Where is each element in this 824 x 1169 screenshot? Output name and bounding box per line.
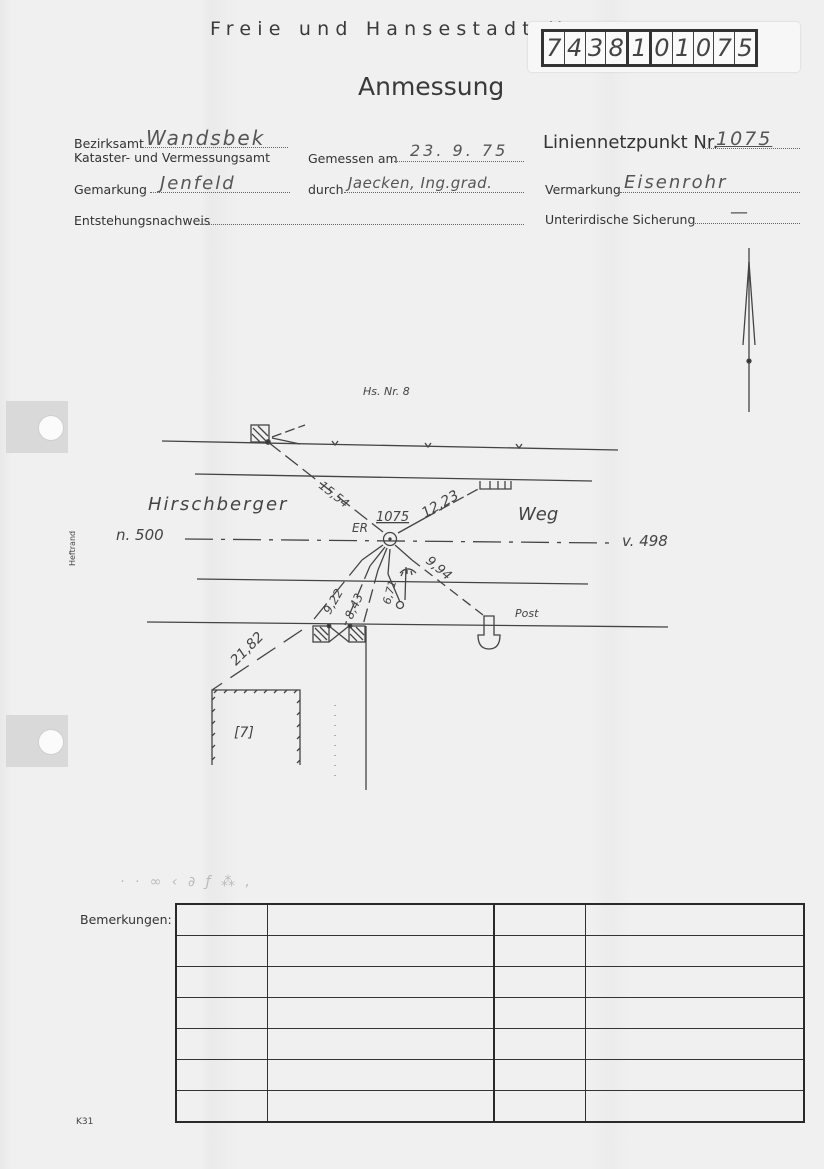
measurement-5: 8,43: [342, 591, 366, 621]
remarks-cell[interactable]: [494, 904, 586, 936]
measurement-2: 12,23: [419, 488, 462, 522]
form-code: K31: [76, 1117, 93, 1127]
remarks-cell[interactable]: [176, 904, 268, 936]
remarks-cell[interactable]: [586, 998, 805, 1029]
street-name-left: Hirschberger: [148, 494, 288, 515]
remarks-cell[interactable]: [176, 998, 268, 1029]
remarks-cell[interactable]: [586, 967, 805, 998]
remarks-cell[interactable]: [586, 1029, 805, 1060]
remarks-cell[interactable]: [268, 967, 495, 998]
remarks-cell[interactable]: [176, 936, 268, 967]
north-arrow-icon: [743, 248, 755, 412]
remarks-cell[interactable]: [268, 904, 495, 936]
measurement-3: 9,94: [422, 554, 454, 584]
point-left-ref: n. 500: [116, 526, 164, 544]
house-number: Hs. Nr. 8: [363, 385, 410, 398]
remarks-row: [176, 904, 804, 936]
remarks-cell[interactable]: [176, 1091, 268, 1123]
remarks-cell[interactable]: [176, 1060, 268, 1091]
remarks-row: [176, 1091, 804, 1123]
measurement-4: 6,71: [380, 579, 399, 606]
street-name-right: Weg: [518, 504, 558, 525]
remarks-cell[interactable]: [268, 1060, 495, 1091]
remarks-cell[interactable]: [586, 1060, 805, 1091]
remarks-cell[interactable]: [268, 1091, 495, 1123]
remarks-row: [176, 1029, 804, 1060]
remarks-cell[interactable]: [268, 998, 495, 1029]
remarks-cell[interactable]: [268, 1029, 495, 1060]
remarks-cell[interactable]: [494, 1029, 586, 1060]
faded-marks: · · ∞ ‹ ∂ ƒ ⁂ ‚: [120, 874, 253, 890]
remarks-cell[interactable]: [494, 936, 586, 967]
remarks-cell[interactable]: [494, 1060, 586, 1091]
remarks-row: [176, 1060, 804, 1091]
marker-label: ER: [352, 521, 368, 535]
point-right-ref: v. 498: [622, 532, 668, 550]
remarks-cell[interactable]: [494, 998, 586, 1029]
remarks-row: [176, 936, 804, 967]
remarks-row: [176, 967, 804, 998]
remarks-cell[interactable]: [176, 1029, 268, 1060]
remarks-cell[interactable]: [268, 936, 495, 967]
building-label: [7]: [234, 725, 254, 741]
remarks-table: [175, 903, 805, 1123]
remarks-label: Bemerkungen:: [80, 912, 172, 927]
post-label: Post: [515, 607, 539, 620]
remarks-cell[interactable]: [176, 967, 268, 998]
measurement-7: 21,82: [228, 629, 268, 669]
remarks-row: [176, 998, 804, 1029]
remarks-cell[interactable]: [494, 1091, 586, 1123]
measurement-1: 15,54: [316, 478, 352, 510]
remarks-cell[interactable]: [586, 936, 805, 967]
measurement-6: 9,22: [320, 586, 345, 616]
point-number: 1075: [376, 510, 409, 525]
remarks-cell[interactable]: [586, 904, 805, 936]
remarks-cell[interactable]: [586, 1091, 805, 1123]
remarks-cell[interactable]: [494, 967, 586, 998]
